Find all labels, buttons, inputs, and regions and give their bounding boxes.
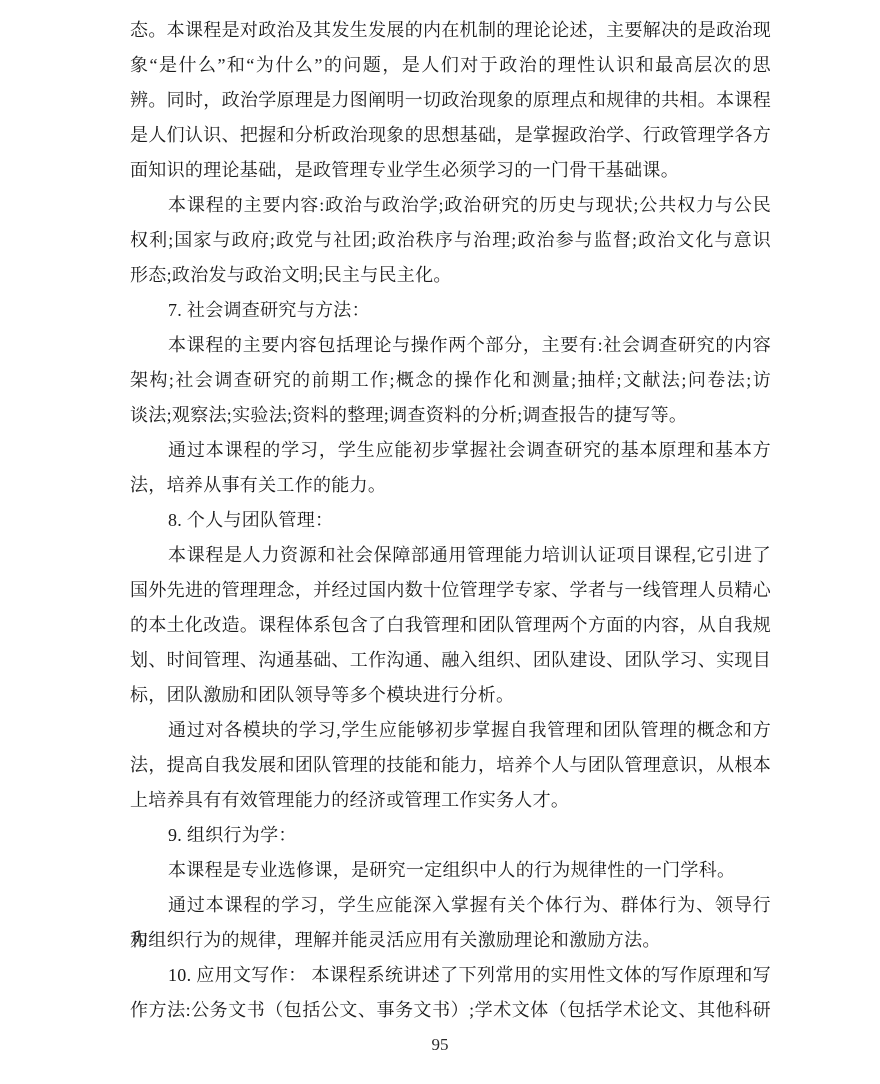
- text-line: 法，培养从事有关工作的能力。: [130, 468, 771, 503]
- text-line: 本课程的主要内容包括理论与操作两个部分，主要有:社会调查研究的内容: [130, 328, 771, 363]
- text-line: 国外先进的管理理念，并经过国内数十位管理学专家、学者与一线管理人员精心: [130, 573, 771, 608]
- text-line: 9. 组织行为学：: [130, 818, 771, 853]
- text-line: 谈法;观察法;实验法;资料的整理;调查资料的分析;调查报告的捷写等。: [130, 398, 771, 433]
- text-line: 是人们认识、把握和分析政治现象的思想基础，是掌握政治学、行政管理学各方: [130, 118, 771, 153]
- text-line: 本课程的主要内容:政治与政治学;政治研究的历史与现状;公共权力与公民: [130, 188, 771, 223]
- text-line: 通过对各模块的学习,学生应能够初步掌握自我管理和团队管理的概念和方: [130, 713, 771, 748]
- text-line: 通过本课程的学习，学生应能深入掌握有关个体行为、群体行为、领导行为: [130, 888, 771, 923]
- text-line: 上培养具有有效管理能力的经济或管理工作实务人才。: [130, 783, 771, 818]
- text-line: 辨。同时，政治学原理是力图阐明一切政治现象的原理点和规律的共相。本课程: [130, 83, 771, 118]
- text-line: 10. 应用文写作： 本课程系统讲述了下列常用的实用性文体的写作原理和写: [130, 958, 771, 993]
- text-line: 形态;政治发与政治文明;民主与民主化。: [130, 258, 771, 293]
- text-line: 标，团队激励和团队领导等多个模块进行分析。: [130, 678, 771, 713]
- text-line: 态。本课程是对政治及其发生发展的内在机制的理论论述，主要解决的是政治现: [130, 13, 771, 48]
- text-line: 本课程是人力资源和社会保障部通用管理能力培训认证项目课程,它引进了: [130, 538, 771, 573]
- text-line: 的本土化改造。课程体系包含了白我管理和团队管理两个方面的内容，从自我规: [130, 608, 771, 643]
- text-line: 法，提高自我发展和团队管理的技能和能力，培养个人与团队管理意识，从根本: [130, 748, 771, 783]
- text-line: 面知识的理论基础，是政管理专业学生必须学习的一门骨干基础课。: [130, 153, 771, 188]
- text-line: 象“是什么”和“为什么”的问题，是人们对于政治的理性认识和最高层次的思: [130, 48, 771, 83]
- document-text-block: 态。本课程是对政治及其发生发展的内在机制的理论论述，主要解决的是政治现象“是什么…: [130, 13, 771, 1028]
- text-line: 通过本课程的学习，学生应能初步掌握社会调查研究的基本原理和基本方: [130, 433, 771, 468]
- text-line: 8. 个人与团队管理：: [130, 503, 771, 538]
- text-line: 和组织行为的规律，理解并能灵活应用有关激励理论和激励方法。: [130, 923, 771, 958]
- text-line: 7. 社会调查研究与方法：: [130, 293, 771, 328]
- text-line: 划、时间管理、沟通基础、工作沟通、融入组织、团队建设、团队学习、实现目: [130, 643, 771, 678]
- text-line: 权利;国家与政府;政党与社团;政治秩序与治理;政治参与监督;政治文化与意识: [130, 223, 771, 258]
- page-number: 95: [0, 1035, 880, 1055]
- text-line: 本课程是专业选修课，是研究一定组织中人的行为规律性的一门学科。: [130, 853, 771, 888]
- document-page: 态。本课程是对政治及其发生发展的内在机制的理论论述，主要解决的是政治现象“是什么…: [0, 0, 880, 1084]
- text-line: 架构;社会调查研究的前期工作;概念的操作化和测量;抽样;文献法;问卷法;访: [130, 363, 771, 398]
- text-line: 作方法:公务文书（包括公文、事务文书）;学术文体（包括学术论文、其他科研: [130, 993, 771, 1028]
